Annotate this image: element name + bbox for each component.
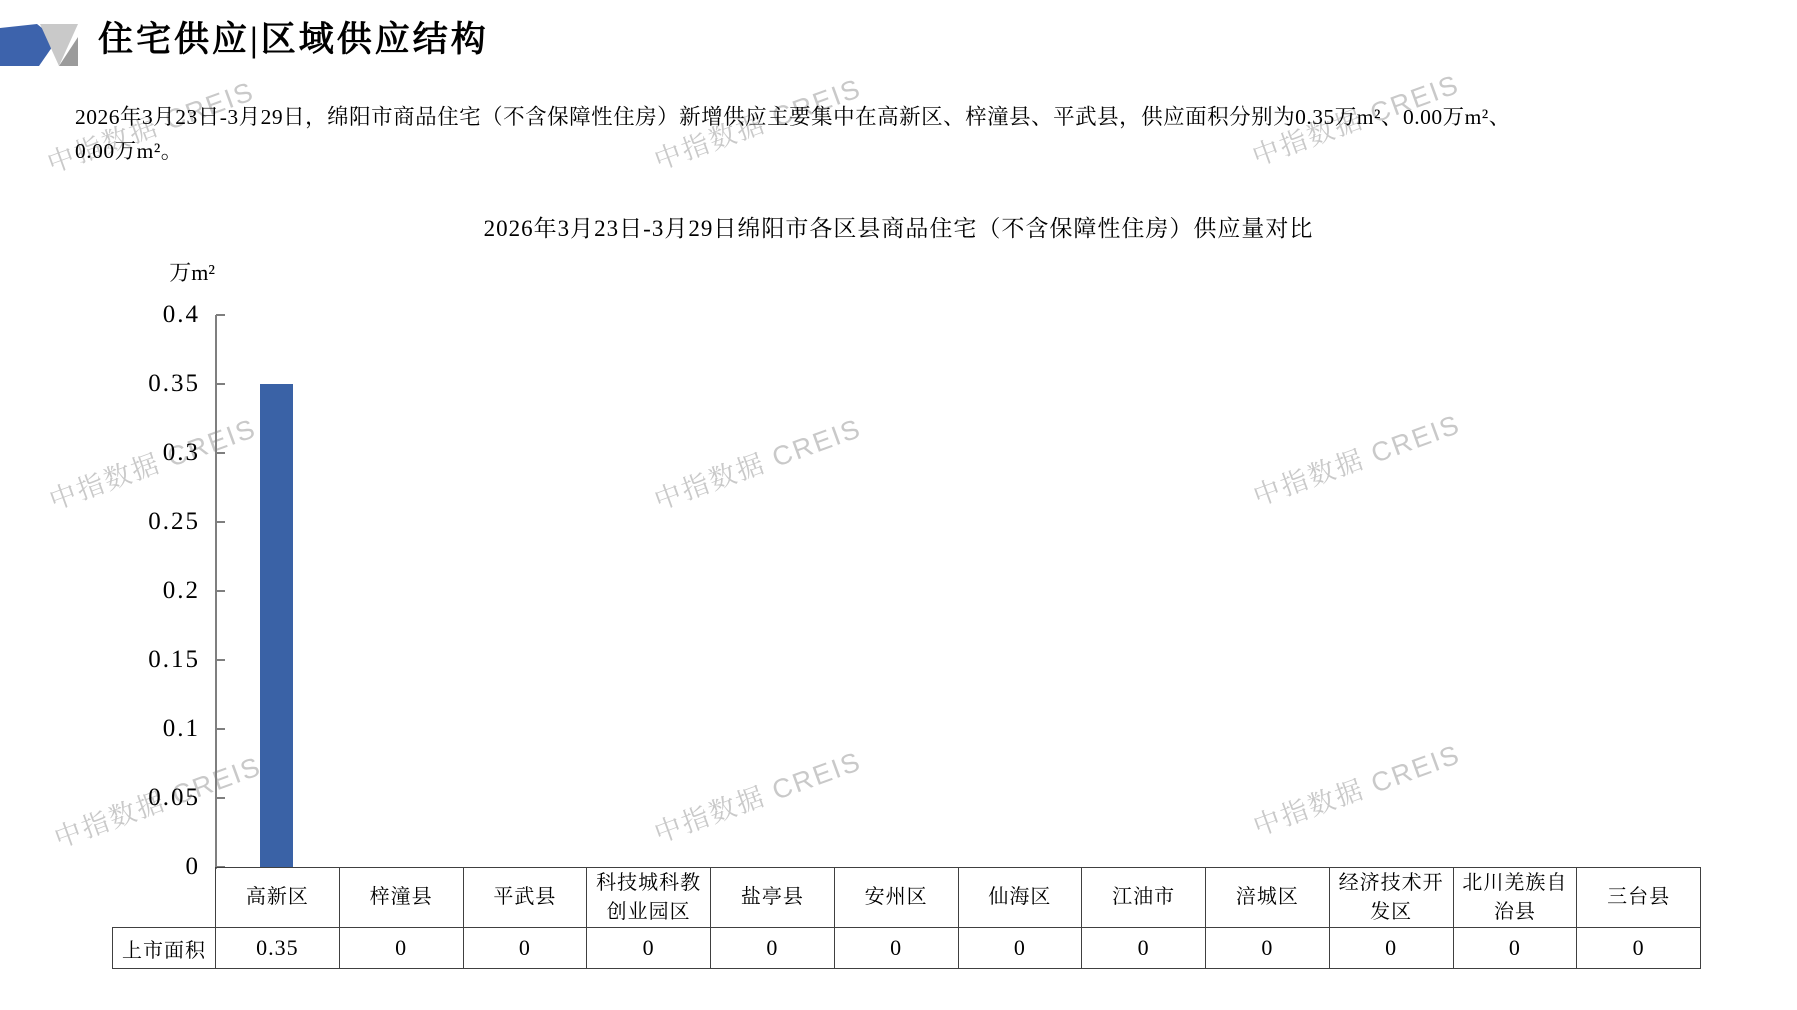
y-tick-label: 0.05 [40,782,200,814]
y-tick-mark [216,452,225,454]
y-axis-unit-label: 万m² [120,256,215,287]
summary-text: 2026年3月23日-3月29日，绵阳市商品住宅（不含保障性住房）新增供应主要集… [75,100,1513,169]
row-label: 上市面积 [113,928,216,969]
value-cell: 0 [587,928,711,969]
y-tick-mark [216,521,225,523]
value-cell: 0 [1577,928,1701,969]
column-header: 仙海区 [958,868,1082,928]
column-header: 梓潼县 [339,868,463,928]
value-cell: 0 [834,928,958,969]
y-tick-label: 0.2 [40,575,200,607]
column-header: 安州区 [834,868,958,928]
y-tick-mark [216,590,225,592]
column-header: 江油市 [1082,868,1206,928]
column-header: 涪城区 [1206,868,1330,928]
chart-title: 2026年3月23日-3月29日绵阳市各区县商品住宅（不含保障性住房）供应量对比 [0,210,1797,243]
y-axis-line [215,315,217,869]
value-cell: 0 [958,928,1082,969]
y-tick-label: 0.4 [40,299,200,331]
y-tick-mark [216,797,225,799]
column-header: 平武县 [463,868,587,928]
y-tick-mark [216,659,225,661]
chart-bar [260,384,293,867]
watermark: 中指数据 CREIS [1247,402,1465,513]
column-header: 科技城科教创业园区 [587,868,711,928]
value-cell: 0 [1082,928,1206,969]
column-header: 高新区 [216,868,340,928]
page-title: 住宅供应|区域供应结构 [98,19,489,61]
y-tick-label: 0.25 [40,506,200,538]
header-blank-cell [113,868,216,928]
y-tick-mark [216,383,225,385]
y-tick-mark [216,314,225,316]
y-tick-label: 0.3 [40,437,200,469]
y-tick-mark [216,728,225,730]
creis-logo-icon [0,18,78,66]
page-header: 住宅供应|区域供应结构 [0,12,489,68]
value-cell: 0.35 [216,928,340,969]
value-cell: 0 [1329,928,1453,969]
data-table: 高新区梓潼县平武县科技城科教创业园区盐亭县安州区仙海区江油市涪城区经济技术开发区… [112,867,1701,969]
column-header: 三台县 [1577,868,1701,928]
column-header: 盐亭县 [711,868,835,928]
y-tick-label: 0.35 [40,368,200,400]
value-cell: 0 [1453,928,1577,969]
value-cell: 0 [339,928,463,969]
y-tick-label: 0.15 [40,644,200,676]
column-header: 经济技术开发区 [1329,868,1453,928]
watermark: 中指数据 CREIS [1247,732,1465,843]
watermark: 中指数据 CREIS [648,739,866,850]
watermark: 中指数据 CREIS [648,406,866,517]
value-cell: 0 [1206,928,1330,969]
value-cell: 0 [711,928,835,969]
y-tick-label: 0.1 [40,713,200,745]
value-cell: 0 [463,928,587,969]
column-header: 北川羌族自治县 [1453,868,1577,928]
report-page: 中指数据 CREIS中指数据 CREIS中指数据 CREIS中指数据 CREIS… [0,0,1797,1010]
